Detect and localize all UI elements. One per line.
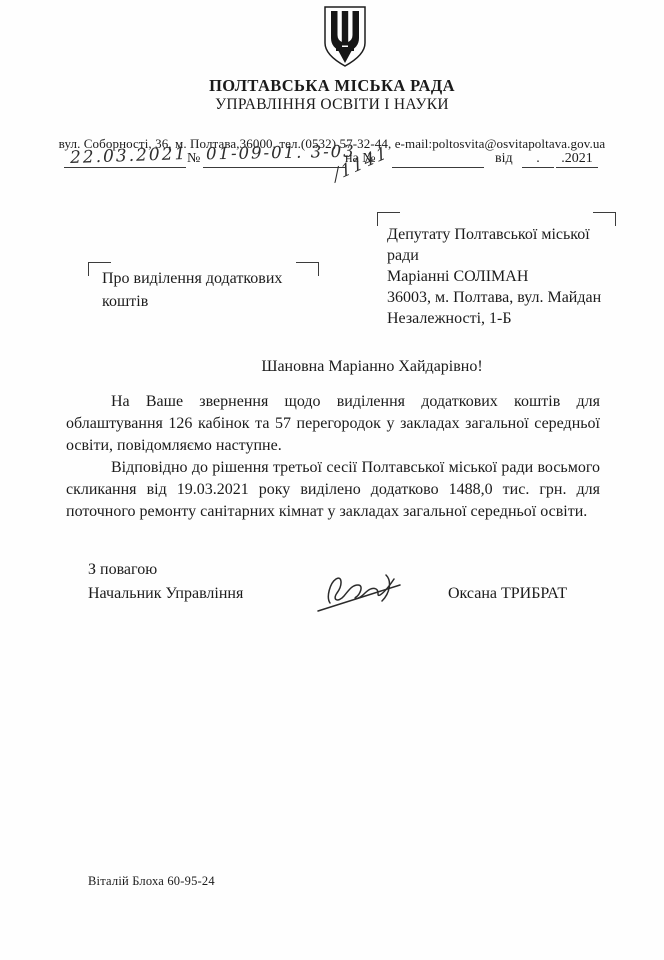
handwritten-number: 01-09-01. 3-03 [206, 142, 356, 164]
addressee-block: Депутату Полтавської міської ради Маріан… [387, 224, 632, 329]
number-label: № [187, 151, 200, 167]
subject-line: коштів [102, 290, 312, 313]
salutation: Шановна Маріанно Хайдарівно! [66, 356, 600, 378]
executor-line: Віталій Блоха 60-95-24 [88, 874, 215, 889]
signer-position: Начальник Управління [88, 585, 243, 603]
addressee-line: Незалежності, 1-Б [387, 308, 632, 329]
from-date-year: .2021 [556, 151, 598, 168]
department-name: УПРАВЛІННЯ ОСВІТИ І НАУКИ [30, 96, 634, 114]
scanned-letter-page: ПОЛТАВСЬКА МІСЬКА РАДА УПРАВЛІННЯ ОСВІТИ… [0, 0, 664, 960]
ukraine-trident-icon [317, 5, 373, 71]
body-paragraph-1: На Ваше звернення щодо виділення додатко… [66, 391, 600, 457]
reply-number-underline [392, 166, 484, 168]
org-name: ПОЛТАВСЬКА МІСЬКА РАДА [30, 76, 634, 96]
emblem-container [317, 5, 373, 76]
addressee-line: ради [387, 245, 632, 266]
handwritten-signature [312, 563, 412, 623]
addressee-line: Маріанні СОЛІМАН [387, 266, 632, 287]
handwritten-date: 22.03.2021 [70, 144, 188, 168]
from-date-blank: . [522, 151, 554, 168]
signer-name: Оксана ТРИБРАТ [448, 585, 567, 603]
letter-body: Шановна Маріанно Хайдарівно! На Ваше зве… [66, 356, 600, 523]
subject-line: Про виділення додаткових [102, 267, 312, 290]
subject-block: Про виділення додаткових коштів [102, 267, 312, 313]
body-paragraph-2: Відповідно до рішення третьої сесії Полт… [66, 457, 600, 523]
number-underline [203, 166, 345, 168]
from-date-label: від [495, 151, 513, 167]
addressee-line: 36003, м. Полтава, вул. Майдан [387, 287, 632, 308]
signature-closing: З повагою [88, 561, 157, 579]
addressee-line: Депутату Полтавської міської [387, 224, 632, 245]
